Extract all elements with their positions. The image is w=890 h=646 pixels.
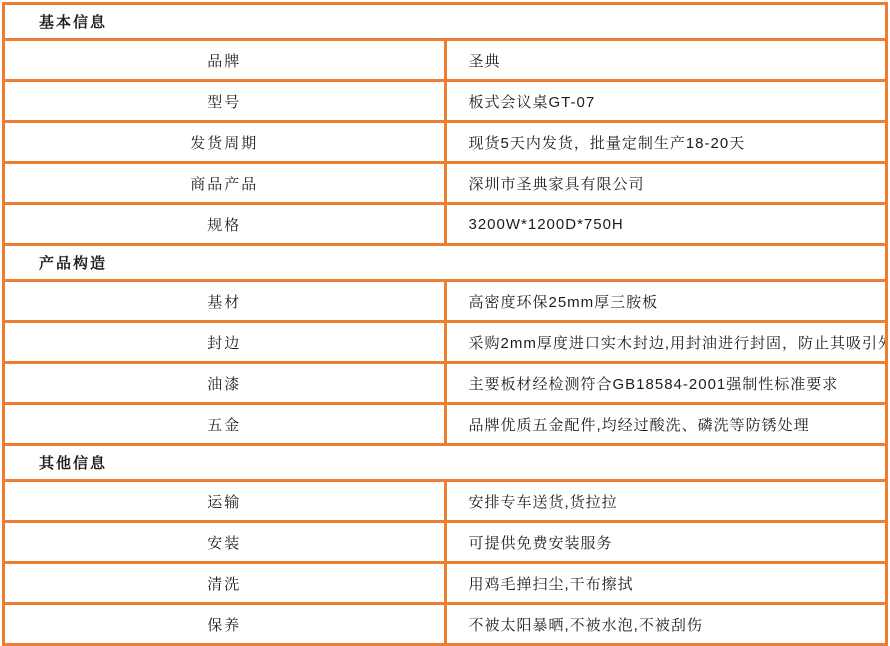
section-header-row: 其他信息 <box>4 445 887 481</box>
table-row: 封边采购2mm厚度进口实木封边,用封油进行封固，防止其吸引外界水分 <box>4 322 887 363</box>
row-value: 高密度环保25mm厚三胺板 <box>445 281 887 322</box>
table-row: 发货周期现货5天内发货，批量定制生产18-20天 <box>4 122 887 163</box>
row-value: 品牌优质五金配件,均经过酸洗、磷洗等防锈处理 <box>445 404 887 445</box>
row-value: 用鸡毛掸扫尘,干布擦拭 <box>445 563 887 604</box>
row-value: 现货5天内发货，批量定制生产18-20天 <box>445 122 887 163</box>
row-label: 清洗 <box>4 563 446 604</box>
table-row: 五金品牌优质五金配件,均经过酸洗、磷洗等防锈处理 <box>4 404 887 445</box>
table-row: 基材高密度环保25mm厚三胺板 <box>4 281 887 322</box>
row-label: 规格 <box>4 204 446 245</box>
section-title: 基本信息 <box>4 4 887 40</box>
row-value: 深圳市圣典家具有限公司 <box>445 163 887 204</box>
row-label: 发货周期 <box>4 122 446 163</box>
table-row: 保养不被太阳暴晒,不被水泡,不被刮伤 <box>4 604 887 645</box>
table-row: 安装可提供免费安装服务 <box>4 522 887 563</box>
section-title: 其他信息 <box>4 445 887 481</box>
table-row: 型号板式会议桌GT-07 <box>4 81 887 122</box>
row-value: 可提供免费安装服务 <box>445 522 887 563</box>
section-title: 产品构造 <box>4 245 887 281</box>
section-header-row: 产品构造 <box>4 245 887 281</box>
row-value: 圣典 <box>445 40 887 81</box>
row-label: 品牌 <box>4 40 446 81</box>
row-value: 主要板材经检测符合GB18584-2001强制性标准要求 <box>445 363 887 404</box>
row-label: 运输 <box>4 481 446 522</box>
table-row: 清洗用鸡毛掸扫尘,干布擦拭 <box>4 563 887 604</box>
row-label: 保养 <box>4 604 446 645</box>
row-label: 商品产品 <box>4 163 446 204</box>
row-value: 不被太阳暴晒,不被水泡,不被刮伤 <box>445 604 887 645</box>
section-header-row: 基本信息 <box>4 4 887 40</box>
row-label: 五金 <box>4 404 446 445</box>
table-row: 商品产品深圳市圣典家具有限公司 <box>4 163 887 204</box>
table-row: 运输安排专车送货,货拉拉 <box>4 481 887 522</box>
row-value: 采购2mm厚度进口实木封边,用封油进行封固，防止其吸引外界水分 <box>445 322 887 363</box>
row-label: 封边 <box>4 322 446 363</box>
row-value: 安排专车送货,货拉拉 <box>445 481 887 522</box>
row-label: 型号 <box>4 81 446 122</box>
table-row: 规格3200W*1200D*750H <box>4 204 887 245</box>
product-spec-table: 基本信息品牌圣典型号板式会议桌GT-07发货周期现货5天内发货，批量定制生产18… <box>2 2 888 646</box>
row-label: 安装 <box>4 522 446 563</box>
row-label: 油漆 <box>4 363 446 404</box>
row-label: 基材 <box>4 281 446 322</box>
row-value: 板式会议桌GT-07 <box>445 81 887 122</box>
spec-table-body: 基本信息品牌圣典型号板式会议桌GT-07发货周期现货5天内发货，批量定制生产18… <box>4 4 887 645</box>
table-row: 油漆主要板材经检测符合GB18584-2001强制性标准要求 <box>4 363 887 404</box>
row-value: 3200W*1200D*750H <box>445 204 887 245</box>
table-row: 品牌圣典 <box>4 40 887 81</box>
